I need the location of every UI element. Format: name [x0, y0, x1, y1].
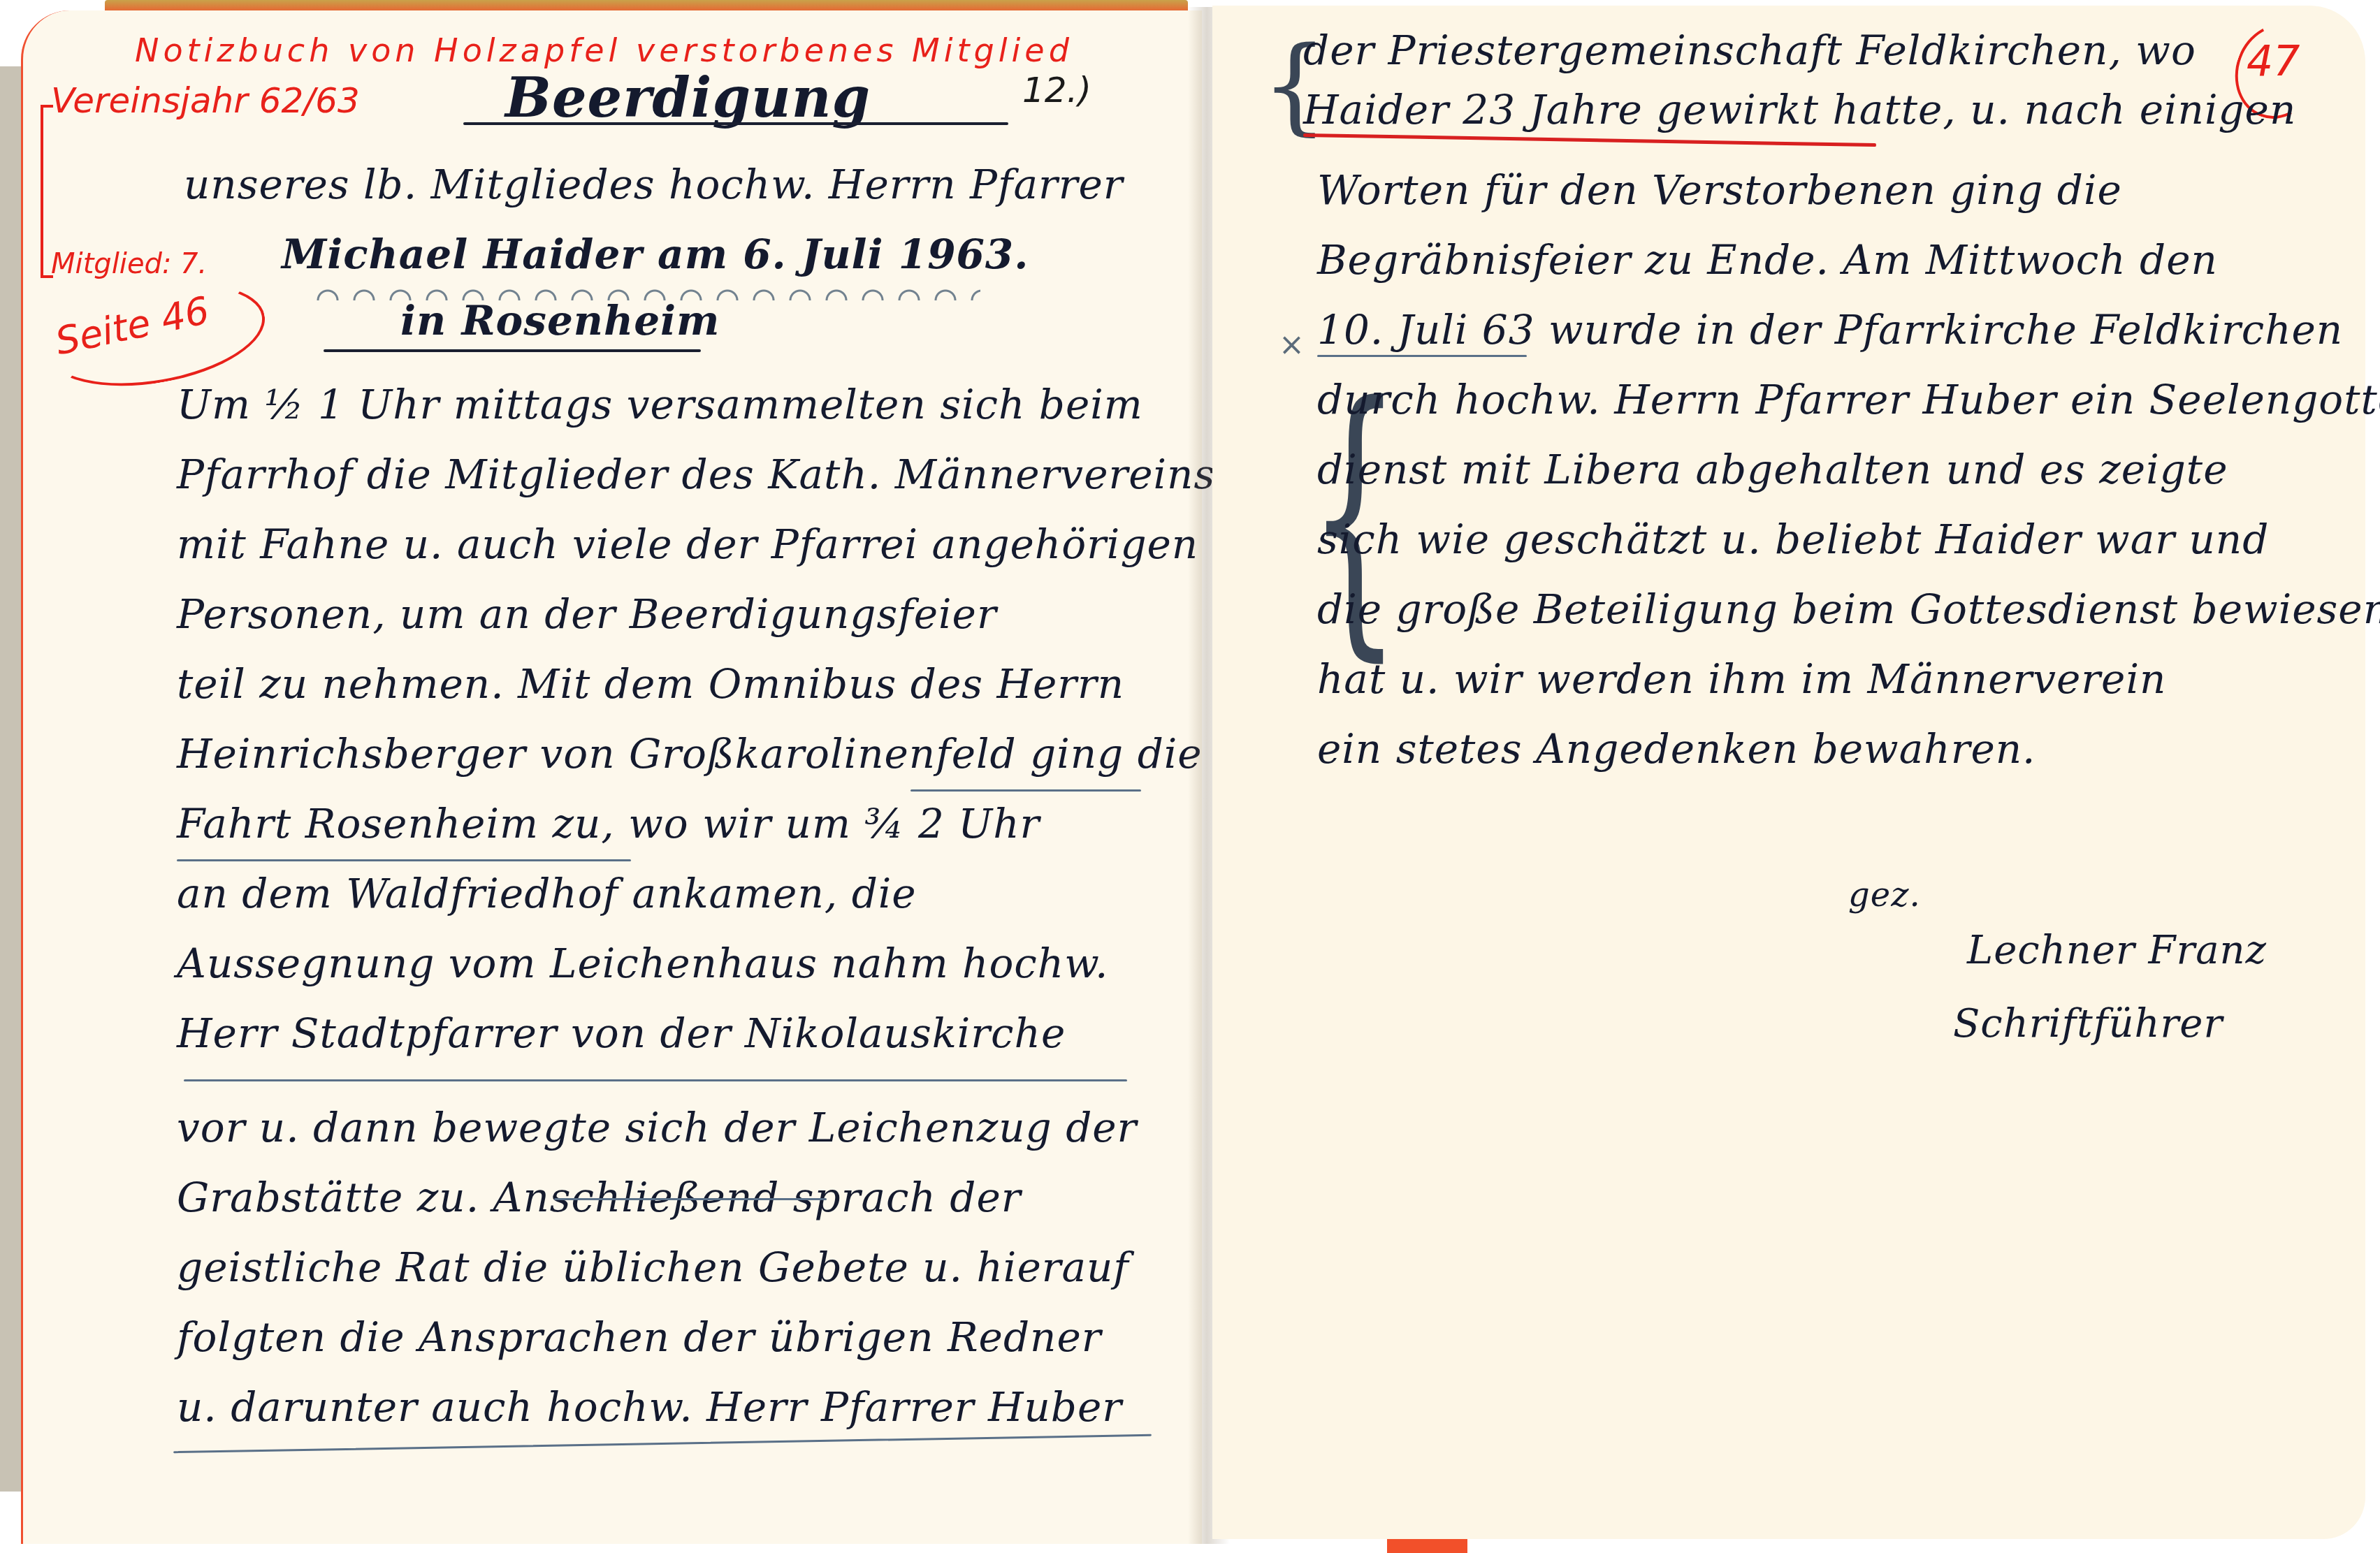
- underline: [554, 1198, 827, 1200]
- body-line: Herr Stadtpfarrer von der Nikolauskirche: [177, 1009, 1066, 1057]
- body-line: Begräbnisfeier zu Ende. Am Mittwoch den: [1317, 236, 2218, 284]
- body-line: an dem Waldfriedhof ankamen, die: [177, 870, 917, 917]
- underline: [177, 859, 631, 861]
- body-line: vor u. dann bewegte sich der Leichenzug …: [177, 1104, 1137, 1151]
- underline: [1317, 355, 1527, 357]
- subtitle-line-3: in Rosenheim: [400, 297, 720, 344]
- body-line: geistliche Rat die üblichen Gebete u. hi…: [177, 1244, 1129, 1291]
- body-line: dienst mit Libera abgehalten und es zeig…: [1317, 446, 2228, 493]
- location-underline: [324, 349, 701, 352]
- document-title: Beerdigung: [505, 66, 871, 130]
- cross-mark: ×: [1279, 327, 1305, 363]
- body-line: Fahrt Rosenheim zu, wo wir um ¾ 2 Uhr: [177, 800, 1040, 847]
- subtitle-line-1: unseres lb. Mitgliedes hochw. Herrn Pfar…: [184, 161, 1124, 208]
- signature-role: Schriftführer: [1953, 1001, 2223, 1047]
- red-underline: [1303, 133, 1876, 147]
- body-line: hat u. wir werden ihm im Männerverein: [1317, 655, 2166, 703]
- body-line: Pfarrhof die Mitglieder des Kath. Männer…: [177, 451, 1215, 498]
- notebook-scan: Notizbuch von Holzapfel verstorbenes Mit…: [0, 0, 2380, 1553]
- body-line: Grabstätte zu. Anschließend sprach der: [177, 1174, 1021, 1221]
- signature-name: Lechner Franz: [1967, 928, 2267, 973]
- body-line: Um ½ 1 Uhr mittags versammelten sich bei…: [177, 381, 1143, 428]
- body-line: Aussegnung vom Leichenhaus nahm hochw.: [177, 940, 1108, 987]
- member-number-note: Mitglied: 7.: [51, 248, 207, 280]
- title-underline: [463, 122, 1008, 125]
- page-number: 47: [2247, 37, 2300, 86]
- signature-prefix: gez.: [1848, 875, 1921, 914]
- body-line: 10. Juli 63 wurde in der Pfarrkirche Fel…: [1317, 306, 2343, 353]
- left-page: Notizbuch von Holzapfel verstorbenes Mit…: [21, 10, 1202, 1544]
- entry-number: 12.): [1022, 70, 1091, 110]
- club-year-note: Vereinsjahr 62/63: [51, 80, 360, 121]
- body-line: mit Fahne u. auch viele der Pfarrei ange…: [177, 520, 1198, 568]
- body-line: Haider 23 Jahre gewirkt hatte, u. nach e…: [1303, 86, 2296, 133]
- body-line: sich wie geschätzt u. beliebt Haider war…: [1317, 516, 2269, 563]
- underline: [184, 1079, 1127, 1081]
- body-line: folgten die Ansprachen der übrigen Redne…: [177, 1313, 1101, 1361]
- body-line: Worten für den Verstorbenen ging die: [1317, 166, 2122, 214]
- body-line: Personen, um an der Beerdigungsfeier: [177, 590, 997, 638]
- body-line: die große Beteiligung beim Gottesdienst …: [1317, 585, 2380, 633]
- underline: [173, 1434, 1152, 1453]
- subtitle-line-2: Michael Haider am 6. Juli 1963.: [282, 231, 1029, 278]
- top-red-note: Notizbuch von Holzapfel verstorbenes Mit…: [135, 31, 1073, 69]
- underline: [910, 789, 1141, 792]
- right-page: 47 { { × der Priestergemeinschaft Feldki…: [1212, 6, 2365, 1539]
- body-line: Heinrichsberger von Großkarolinenfeld gi…: [177, 730, 1203, 778]
- body-line: teil zu nehmen. Mit dem Omnibus des Herr…: [177, 660, 1124, 708]
- body-line: durch hochw. Herrn Pfarrer Huber ein See…: [1317, 376, 2380, 423]
- body-line: der Priestergemeinschaft Feldkirchen, wo: [1303, 27, 2196, 74]
- body-line: ein stetes Angedenken bewahren.: [1317, 725, 2036, 773]
- body-line: u. darunter auch hochw. Herr Pfarrer Hub…: [177, 1383, 1122, 1431]
